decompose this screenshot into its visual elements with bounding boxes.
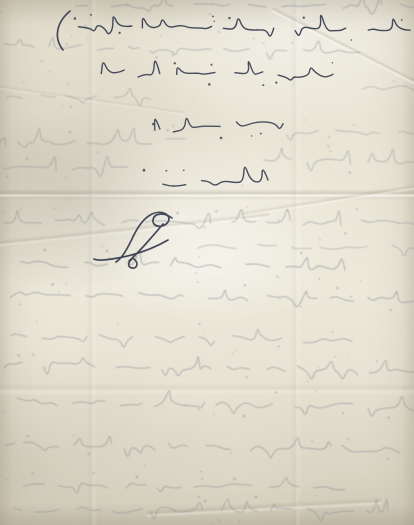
diacritic-dot [332, 331, 334, 333]
diacritic-dot [23, 82, 25, 84]
diacritic-dot [347, 438, 349, 440]
bleed-line-3 [7, 89, 150, 106]
diacritic-dot [319, 239, 321, 241]
diacritic-dot [240, 210, 242, 212]
ink-bleedthrough-group [0, 0, 414, 523]
diacritic-dot [36, 321, 37, 322]
diacritic-dot [330, 150, 332, 152]
diacritic-dot [53, 207, 55, 209]
diacritic-dot [218, 31, 220, 33]
diacritic-dot [350, 295, 352, 297]
bleed-line-1 [76, 0, 414, 14]
diacritic-dot [198, 496, 200, 498]
diacritic-dot [389, 309, 392, 312]
diacritic-dot [172, 125, 174, 127]
diacritic-dot [244, 284, 246, 286]
diacritic-dot [2, 411, 4, 413]
diacritic-dot [200, 471, 202, 473]
letter-line-4 [163, 167, 268, 186]
diacritic-dot [96, 152, 98, 154]
diacritic-dot [160, 34, 162, 36]
bleed-line-7 [4, 157, 128, 177]
diacritic-dot [353, 124, 355, 126]
diacritic-dot [87, 453, 89, 455]
diacritic-dot [118, 32, 120, 34]
diacritic-dot [292, 42, 294, 44]
diacritic-dot [144, 465, 146, 467]
diacritic-dot [299, 500, 301, 502]
diacritic-dot [92, 472, 94, 474]
bleed-line-16 [6, 437, 400, 458]
diacritic-dot [228, 17, 230, 19]
diacritic-dot [152, 123, 155, 126]
diacritic-dot [165, 170, 167, 172]
diacritic-dot [201, 478, 203, 480]
diacritic-dot [348, 171, 351, 174]
diacritic-dot [134, 411, 135, 412]
diacritic-dot [33, 516, 35, 518]
scanned-letter-photo [0, 0, 414, 525]
diacritic-dot [212, 15, 214, 17]
diacritic-dot [278, 220, 280, 222]
diacritic-dot [332, 62, 334, 64]
diacritic-dot [253, 37, 255, 39]
line1-open-paren-stroke [57, 11, 70, 50]
diacritic-dot [238, 521, 240, 523]
diacritic-dot [218, 519, 220, 521]
bleed-line-13 [11, 330, 352, 347]
diacritic-dot [90, 14, 92, 16]
diacritic-dot [232, 353, 233, 354]
diacritic-dot [307, 380, 309, 382]
diacritic-dot [136, 476, 139, 479]
diacritic-dot [347, 354, 348, 355]
diacritic-dot [73, 435, 75, 437]
diacritic-dot [64, 28, 65, 29]
diacritic-dot [176, 212, 179, 215]
diacritic-dot [262, 84, 264, 86]
diacritic-dot [387, 458, 389, 460]
diacritic-dot [41, 60, 43, 62]
bleed-line-9 [4, 210, 414, 229]
diacritic-dot [65, 283, 67, 285]
diacritic-dot [209, 13, 211, 15]
diacritic-dot [241, 185, 243, 187]
diacritic-dot [101, 246, 103, 248]
diacritic-dot [293, 84, 294, 85]
diacritic-dot [51, 283, 54, 286]
diacritic-dot [32, 354, 34, 356]
bleed-line-17 [23, 478, 345, 493]
diacritic-dot [71, 36, 73, 38]
bleed-line-8 [264, 148, 414, 171]
diacritic-dot [212, 522, 214, 524]
diacritic-dot [74, 17, 77, 20]
diacritic-dot [6, 176, 9, 179]
diacritic-dot [71, 186, 72, 187]
diacritic-dot [318, 366, 320, 368]
bleed-line-14 [4, 357, 414, 379]
diacritic-dot [255, 435, 256, 436]
diacritic-dot [351, 39, 353, 41]
diacritic-dot [328, 136, 330, 138]
diacritic-dot [31, 472, 33, 474]
diacritic-dot [215, 210, 217, 212]
diacritic-dot [279, 298, 281, 300]
diacritic-dot [204, 330, 206, 332]
diacritic-dot [376, 360, 378, 362]
diacritic-dot [277, 276, 279, 278]
diacritic-dot [278, 345, 280, 347]
diacritic-dot [319, 278, 321, 280]
diacritic-dot [235, 350, 237, 352]
diacritic-dot [275, 81, 277, 83]
diacritic-dot [246, 376, 248, 378]
diacritic-dot [360, 280, 362, 282]
diacritic-dot [251, 135, 252, 136]
diacritic-dot [243, 415, 246, 418]
diacritic-dot [86, 38, 87, 39]
diacritic-dot [204, 499, 207, 502]
diacritic-dot [70, 106, 73, 109]
diacritic-dot [65, 177, 67, 179]
diacritic-dot [211, 1, 212, 2]
diacritic-dot [300, 306, 302, 308]
diacritic-dot [220, 137, 223, 140]
diacritic-dot [311, 441, 313, 443]
bleed-line-12 [10, 290, 414, 306]
bleed-line-10 [198, 245, 414, 256]
diacritic-dot [213, 20, 214, 21]
diacritic-dot [401, 333, 403, 335]
bleed-line-4 [362, 86, 414, 91]
diacritic-dot [342, 412, 344, 414]
diacritic-dot [143, 169, 146, 172]
diacritic-dot [155, 56, 158, 59]
diacritic-dot [166, 129, 169, 132]
diacritic-dot [66, 43, 69, 46]
diacritic-dot [17, 354, 20, 357]
diacritic-dot [401, 19, 403, 21]
diacritic-dot [44, 249, 47, 252]
diacritic-dot [365, 205, 366, 206]
diacritic-dot [304, 119, 306, 121]
diacritic-dot [327, 145, 329, 147]
diacritic-dot [315, 495, 316, 496]
diacritic-dot [300, 252, 303, 255]
diacritic-dot [26, 435, 28, 437]
letter-line-2 [101, 61, 333, 80]
diacritic-dot [393, 80, 395, 82]
letter-line-1 [78, 15, 410, 36]
diacritic-dot [117, 323, 119, 325]
handwriting-layer [0, 0, 414, 525]
diacritic-dot [336, 287, 338, 289]
diacritic-dot [344, 232, 347, 235]
diacritic-dot [61, 105, 63, 107]
diacritic-dot [315, 391, 317, 393]
diacritic-dot [246, 206, 248, 208]
bleed-line-15 [18, 391, 414, 416]
diacritic-dot [260, 133, 262, 135]
diacritic-dot [49, 71, 51, 73]
diacritic-dot [275, 391, 277, 393]
diacritic-dot [324, 234, 325, 235]
diacritic-dot [262, 42, 264, 44]
diacritic-dot [213, 413, 214, 414]
diacritic-dot [126, 3, 128, 5]
diacritic-dot [2, 212, 4, 214]
diacritic-dot [174, 62, 176, 64]
diacritic-dot [194, 97, 196, 99]
diacritic-dot [404, 86, 406, 88]
diacritic-dot [203, 226, 205, 228]
diacritic-dot [195, 272, 197, 274]
diacritic-dot [403, 388, 405, 390]
diacritic-dot [198, 409, 200, 411]
diacritic-dot [6, 478, 8, 480]
diacritic-dot [356, 208, 358, 210]
diacritic-dot [287, 209, 289, 211]
diacritic-dot [158, 412, 159, 413]
diacritic-dot [401, 254, 403, 256]
bleed-line-18 [14, 499, 388, 521]
diacritic-dot [172, 54, 174, 56]
diacritic-dot [210, 64, 212, 66]
diacritic-dot [233, 478, 236, 481]
diacritic-dot [66, 83, 68, 85]
diacritic-dot [26, 157, 29, 160]
diacritic-dot [198, 323, 200, 325]
diacritic-dot [185, 404, 187, 406]
diacritic-dot [303, 17, 305, 19]
diacritic-dot [19, 303, 21, 305]
diacritic-dot [183, 169, 185, 171]
diacritic-dot [197, 281, 199, 283]
diacritic-dot [198, 256, 200, 258]
diacritic-dot [0, 11, 2, 13]
bleed-line-5 [0, 128, 185, 147]
bleed-line-11 [20, 251, 345, 270]
front-ink-group [57, 11, 410, 268]
diacritic-dot [387, 416, 389, 418]
bleed-line-6 [287, 130, 414, 140]
diacritic-dot [58, 291, 60, 293]
diacritic-dot [69, 131, 72, 134]
diacritic-dot [231, 452, 232, 453]
diacritic-dot [255, 496, 257, 498]
diacritic-dot [335, 356, 337, 358]
diacritic-dot [106, 250, 108, 252]
diacritic-dot [208, 83, 211, 86]
diacritic-dot [20, 208, 22, 210]
